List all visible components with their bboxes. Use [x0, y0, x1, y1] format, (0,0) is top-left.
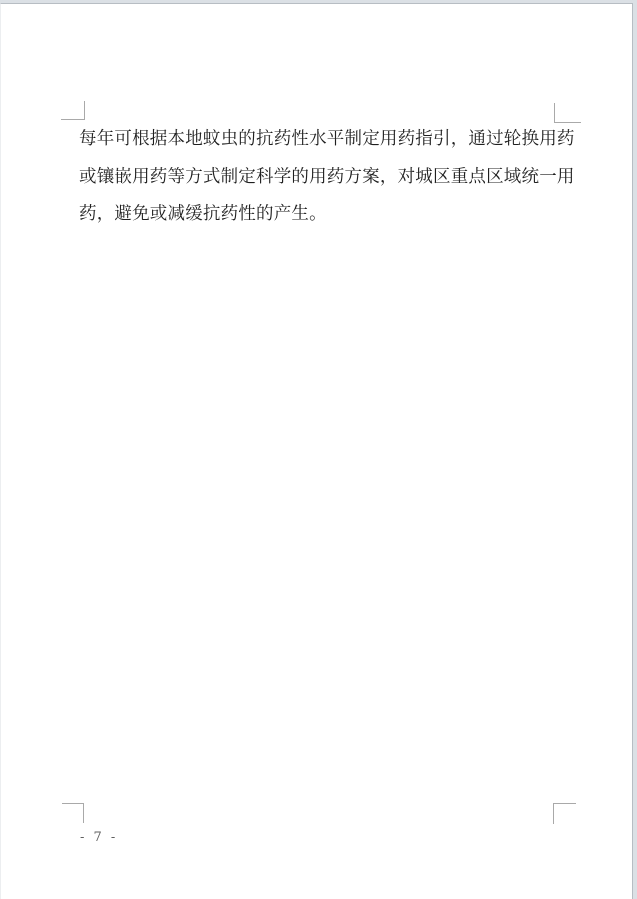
crop-mark-bottom-left-icon	[62, 803, 84, 823]
page-number: - 7 -	[80, 830, 118, 845]
paragraph-line[interactable]: 或镶嵌用药等方式制定科学的用药方案，对城区重点区域统一用	[79, 159, 579, 197]
body-paragraph[interactable]: 每年可根据本地蚊虫的抗药性水平制定用药指引，通过轮换用药 或镶嵌用药等方式制定科…	[79, 121, 579, 234]
crop-mark-top-left-icon	[61, 101, 85, 120]
document-page[interactable]: 每年可根据本地蚊虫的抗药性水平制定用药指引，通过轮换用药 或镶嵌用药等方式制定科…	[0, 3, 633, 899]
crop-mark-top-right-icon	[554, 103, 581, 123]
paragraph-line[interactable]: 药，避免或减缓抗药性的产生。	[79, 196, 579, 234]
paragraph-line[interactable]: 每年可根据本地蚊虫的抗药性水平制定用药指引，通过轮换用药	[79, 121, 579, 159]
crop-mark-bottom-right-icon	[553, 803, 576, 824]
